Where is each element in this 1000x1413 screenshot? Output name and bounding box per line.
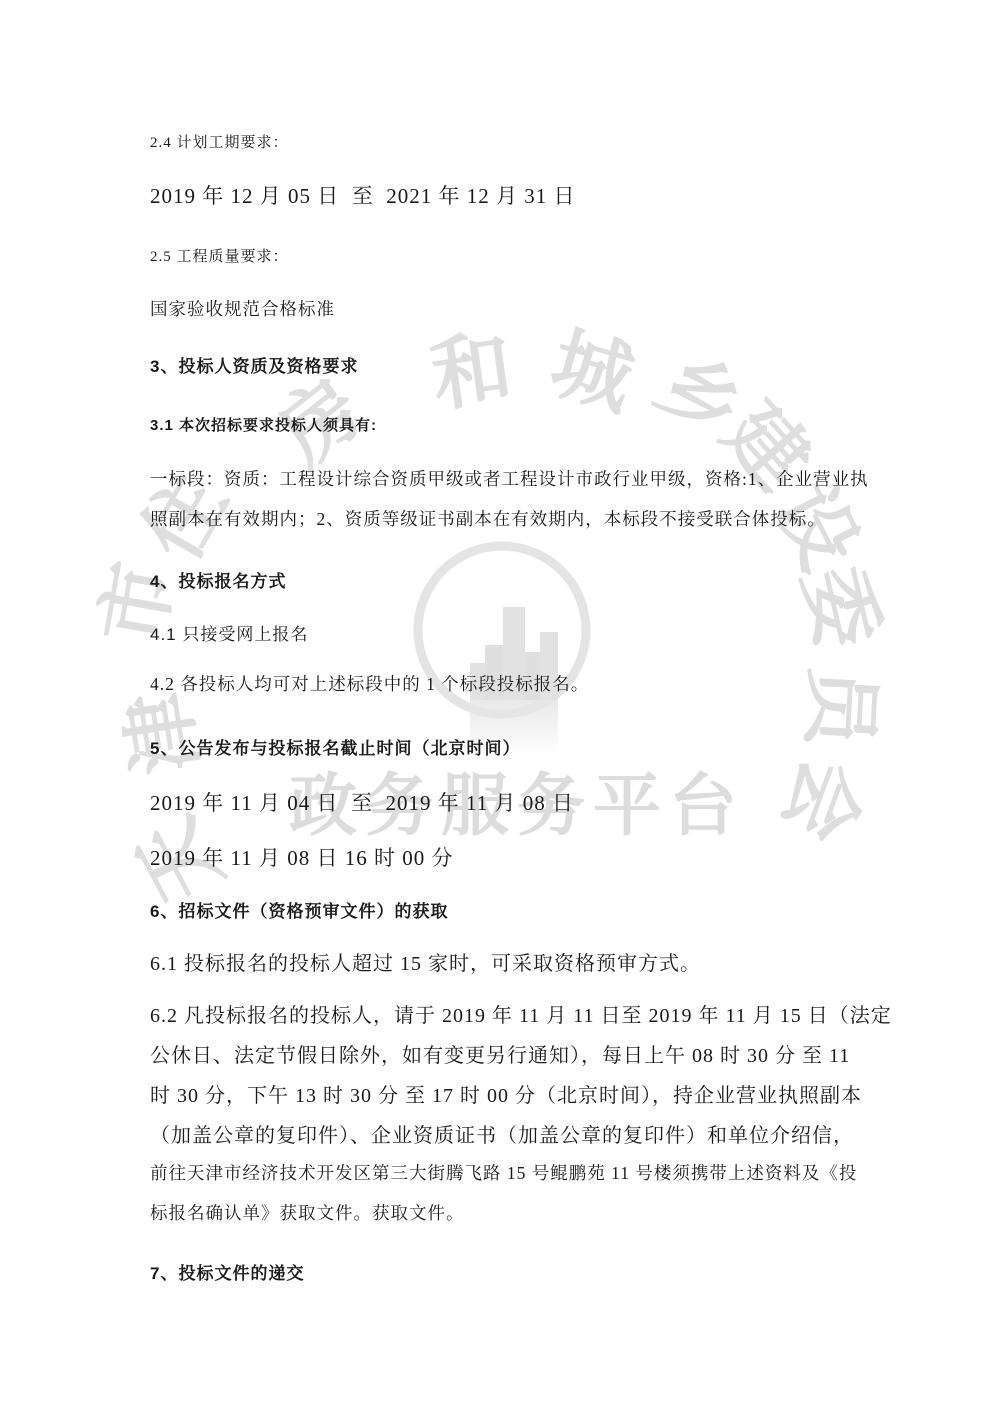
label-section-4-1: 4.1 只接受网上报名 bbox=[150, 620, 308, 645]
section-6-2-line3: 时 30 分，下午 13 时 30 分 至 17 时 00 分（北京时间），持企… bbox=[150, 1079, 862, 1108]
announcement-dates: 2019 年 11 月 04 日 至 2019 年 11 月 08 日 bbox=[150, 787, 574, 817]
bid-section-req-line1: 一标段：资质：工程设计综合资质甲级或者工程设计市政行业甲级，资格:1、企业营业执 bbox=[150, 466, 869, 491]
label-section-2-5: 2.5 工程质量要求： bbox=[150, 245, 289, 266]
heading-7: 7、投标文件的递交 bbox=[150, 1259, 304, 1284]
heading-5: 5、公告发布与投标报名截止时间（北京时间） bbox=[150, 734, 520, 759]
planned-duration-dates: 2019 年 12 月 05 日 至 2021 年 12 月 31 日 bbox=[150, 180, 576, 210]
section-6-2-line1: 6.2 凡投标报名的投标人，请于 2019 年 11 月 11 日至 2019 … bbox=[150, 999, 892, 1028]
section-6-2-line6: 标报名确认单》获取文件。获取文件。 bbox=[150, 1200, 465, 1225]
bid-section-req-line2: 照副本在有效期内；2、资质等级证书副本在有效期内，本标段不接受联合体投标。 bbox=[150, 506, 826, 531]
section-6-1: 6.1 投标报名的投标人超过 15 家时，可采取资格预审方式。 bbox=[150, 947, 701, 976]
label-section-4-2: 4.2 各投标人均可对上述标段中的 1 个标段投标报名。 bbox=[150, 671, 589, 696]
document-body: 2.4 计划工期要求： 2019 年 12 月 05 日 至 2021 年 12… bbox=[0, 0, 1000, 1413]
section-6-2-line4: （加盖公章的复印件）、企业资质证书（加盖公章的复印件）和单位介绍信， bbox=[150, 1119, 854, 1148]
heading-6: 6、招标文件（资格预审文件）的获取 bbox=[150, 897, 448, 922]
section-6-2-line5: 前往天津市经济技术开发区第三大街腾飞路 15 号鲲鹏苑 11 号楼须携带上述资料… bbox=[150, 1160, 857, 1185]
section-6-2-line2: 公休日、法定节假日除外，如有变更另行通知），每日上午 08 时 30 分 至 1… bbox=[150, 1039, 850, 1068]
heading-4: 4、投标报名方式 bbox=[150, 567, 286, 592]
label-section-3-1: 3.1 本次招标要求投标人须具有: bbox=[150, 414, 377, 435]
heading-3: 3、投标人资质及资格要求 bbox=[150, 352, 358, 377]
label-section-2-4: 2.4 计划工期要求： bbox=[150, 131, 289, 152]
quality-standard: 国家验收规范合格标准 bbox=[150, 296, 335, 321]
deadline-datetime: 2019 年 11 月 08 日 16 时 00 分 bbox=[150, 842, 453, 872]
tender-announcement-page: 天 津 市 住 房 和 城 乡 建 设 委 员 会 政务服务平台 bbox=[0, 0, 1000, 1413]
